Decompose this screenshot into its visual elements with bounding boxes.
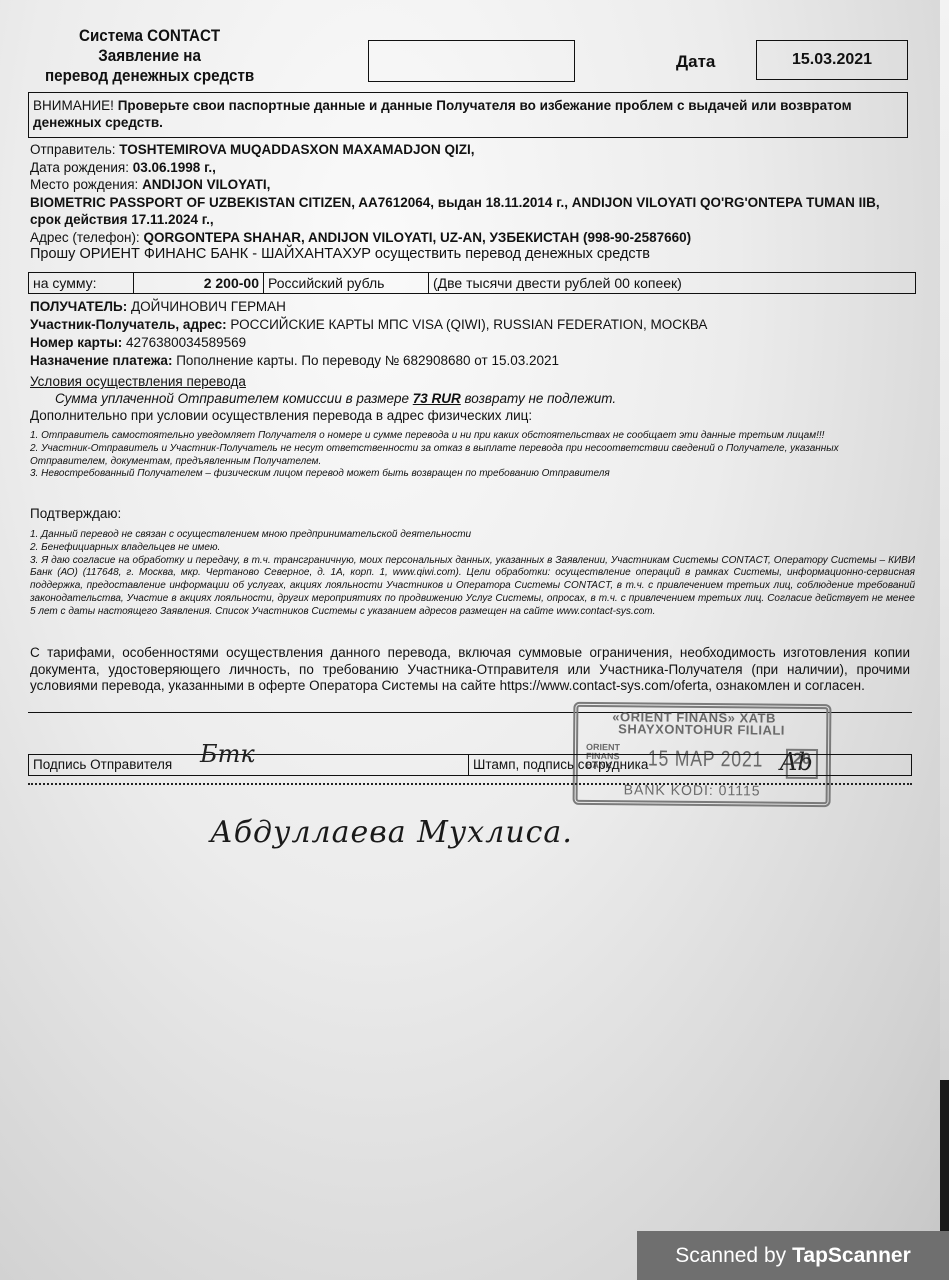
employee-signature-label: Штамп, подпись сотрудника <box>469 755 911 775</box>
sender-name: TOSHTEMIROVA MUQADDASXON MAXAMADJON QIZI… <box>119 142 474 157</box>
warning-text: Проверьте свои паспортные данные и данны… <box>33 98 852 130</box>
conditions-heading: Условия осуществления перевода <box>30 374 246 389</box>
scanner-watermark: Scanned by TapScanner <box>637 1231 949 1280</box>
sender-pob: ANDIJON VILOYATI, <box>142 177 270 192</box>
sender-dob: 03.06.1998 г., <box>133 160 216 175</box>
stamp-line-2: SHAYXONTOHUR FILIALI <box>618 721 785 737</box>
conditions-list: 1. Отправитель самостоятельно уведомляет… <box>30 430 915 481</box>
recipient-name: ДОЙЧИНОВИЧ ГЕРМАН <box>131 299 286 314</box>
purpose-label: Назначение платежа: <box>30 353 172 368</box>
sender-address-label: Адрес (телефон): <box>30 230 140 245</box>
sender-passport: BIOMETRIC PASSPORT OF UZBEKISTAN CITIZEN… <box>30 194 910 229</box>
amount-value: 2 200-00 <box>134 273 264 293</box>
confirm-list: 1. Данный перевод не связан с осуществле… <box>30 529 915 619</box>
title-line-3: перевод денежных средств <box>30 66 269 86</box>
commission-after: возврату не подлежит. <box>465 391 617 406</box>
handwritten-name: Абдуллаева Мухлиса. <box>210 815 573 850</box>
sender-signature: Бтк <box>200 740 255 768</box>
amount-in-words: (Две тысячи двести рублей 00 копеек) <box>429 273 915 293</box>
amount-table: на сумму: 2 200-00 Российский рубль (Две… <box>28 272 916 294</box>
amount-label: на сумму: <box>29 273 134 293</box>
condition-item: 3. Невостребованный Получателем – физиче… <box>30 468 915 481</box>
sender-section: Отправитель: TOSHTEMIROVA MUQADDASXON MA… <box>30 141 910 246</box>
tariffs-text: С тарифами, особенностями осуществления … <box>30 645 910 695</box>
confirm-heading: Подтверждаю: <box>30 506 121 521</box>
confirm-item: 3. Я даю согласие на обработку и передач… <box>30 555 915 619</box>
document-title: Система CONTACT Заявление на перевод ден… <box>30 26 269 86</box>
condition-item: 1. Отправитель самостоятельно уведомляет… <box>30 430 915 443</box>
date-value: 15.03.2021 <box>756 40 908 80</box>
condition-item: 2. Участник-Отправитель и Участник-Получ… <box>30 443 915 469</box>
transfer-request: Прошу ОРИЕНТ ФИНАНС БАНК - ШАЙХАНТАХУР о… <box>30 246 650 262</box>
sender-name-label: Отправитель: <box>30 142 115 157</box>
sender-address: QORGONTEPA SHAHAR, ANDIJON VILOYATI, UZ-… <box>143 230 691 245</box>
dotted-cut-line <box>28 783 912 785</box>
warning-box: ВНИМАНИЕ! Проверьте свои паспортные данн… <box>28 92 908 138</box>
title-line-2: Заявление на <box>30 46 269 66</box>
blank-field-box <box>368 40 575 82</box>
confirm-item: 1. Данный перевод не связан с осуществле… <box>30 529 915 542</box>
warning-prefix: ВНИМАНИЕ! <box>33 98 114 113</box>
commission-amount: 73 RUR <box>413 391 461 406</box>
amount-currency: Российский рубль <box>264 273 429 293</box>
recipient-section: ПОЛУЧАТЕЛЬ: ДОЙЧИНОВИЧ ГЕРМАН Участник-П… <box>30 298 910 370</box>
watermark-prefix: Scanned by <box>675 1244 786 1268</box>
participant-value: РОССИЙСКИЕ КАРТЫ МПС VISA (QIWI), RUSSIA… <box>230 317 707 332</box>
watermark-brand: TapScanner <box>792 1244 911 1268</box>
commission-before: Сумма уплаченной Отправителем комиссии в… <box>55 391 409 406</box>
card-label: Номер карты: <box>30 335 122 350</box>
sender-dob-label: Дата рождения: <box>30 160 129 175</box>
confirm-item: 2. Бенефициарных владельцев не имею. <box>30 542 915 555</box>
title-line-1: Система CONTACT <box>30 26 269 46</box>
employee-signature: Ab <box>780 748 813 776</box>
sender-pob-label: Место рождения: <box>30 177 138 192</box>
commission-line: Сумма уплаченной Отправителем комиссии в… <box>55 391 616 406</box>
date-label: Дата <box>676 52 715 72</box>
additional-conditions: Дополнительно при условии осуществления … <box>30 408 532 423</box>
card-number: 4276380034589569 <box>126 335 246 350</box>
recipient-name-label: ПОЛУЧАТЕЛЬ: <box>30 299 127 314</box>
purpose-value: Пополнение карты. По переводу № 68290868… <box>176 353 559 368</box>
participant-label: Участник-Получатель, адрес: <box>30 317 227 332</box>
